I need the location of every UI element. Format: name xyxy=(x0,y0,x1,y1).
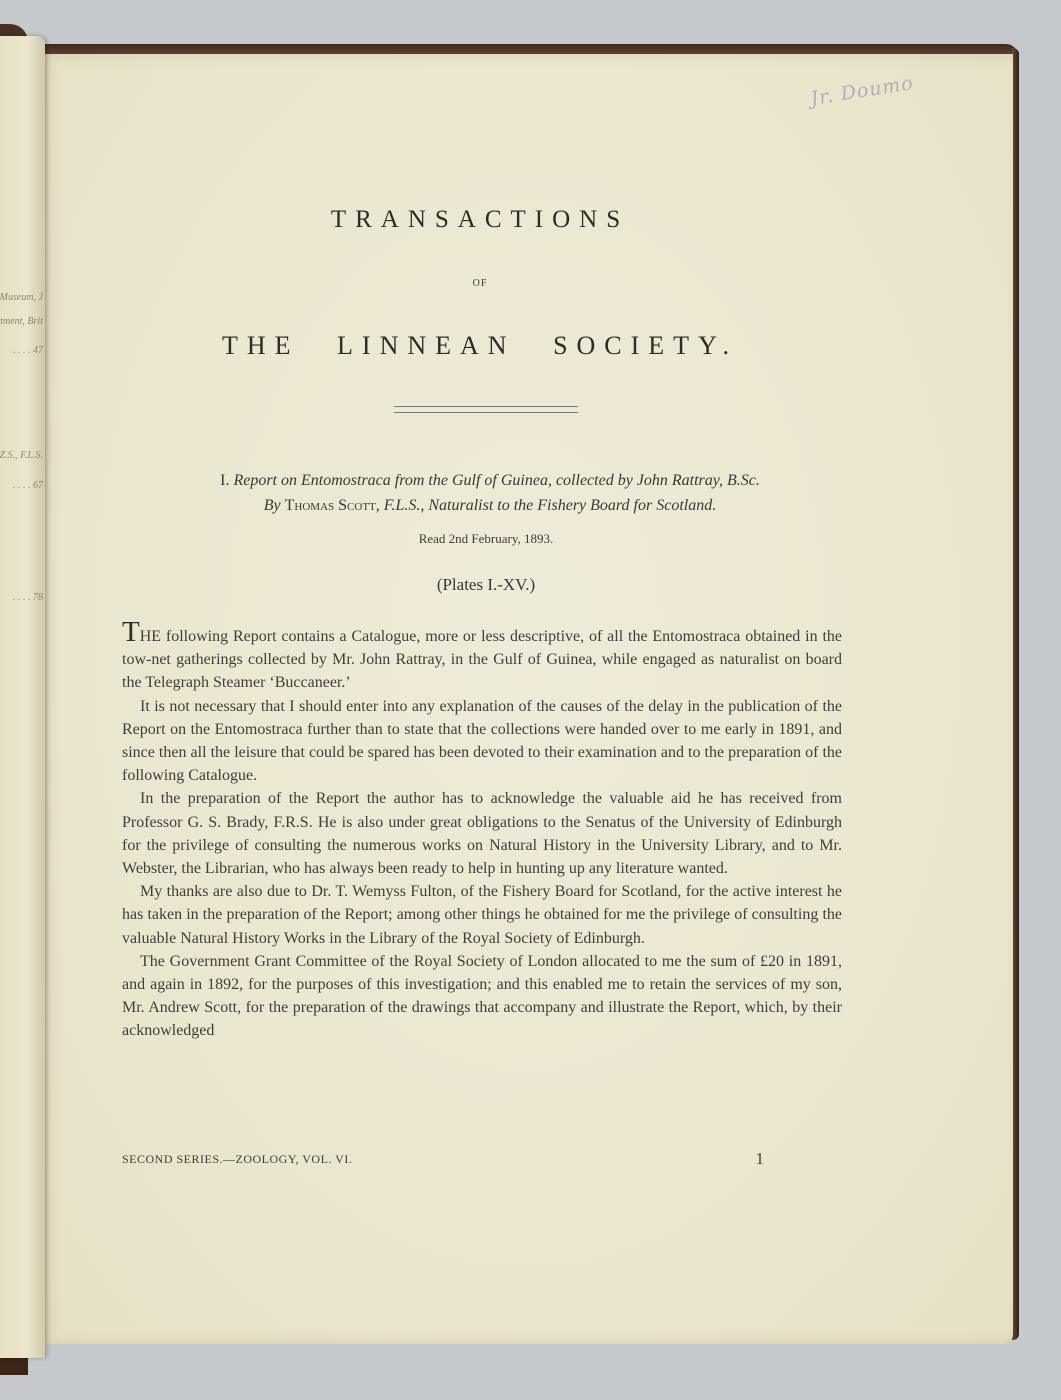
body-paragraph: The Government Grant Committee of the Ro… xyxy=(122,950,842,1043)
article-title: Report on Entomostraca from the Gulf of … xyxy=(233,472,759,489)
book-cover-edge-left-bottom xyxy=(0,1355,28,1375)
author-name: Thomas Scott xyxy=(285,497,376,514)
paragraph-text: following Report contains a Catalogue, m… xyxy=(122,628,842,691)
left-page-fragment: Museum, J xyxy=(0,292,43,303)
article-heading: I. Report on Entomostraca from the Gulf … xyxy=(120,468,860,518)
left-page-fragment: rtment, Brit xyxy=(0,316,43,327)
page-footer: SECOND SERIES.—ZOOLOGY, VOL. VI. 1 xyxy=(122,1152,842,1167)
page-number: 1 xyxy=(756,1149,765,1169)
journal-society-name: THE LINNEAN SOCIETY. xyxy=(0,331,950,361)
journal-title: TRANSACTIONS xyxy=(0,206,960,234)
drop-cap: T xyxy=(122,616,140,648)
left-facing-page: Museum, J rtment, Brit . . . . 47 Z.S., … xyxy=(0,36,45,1358)
title-divider xyxy=(394,406,578,413)
left-page-fragment: Z.S., F.L.S. xyxy=(0,450,43,461)
body-paragraph: THE following Report contains a Catalogu… xyxy=(122,622,842,695)
body-paragraph: My thanks are also due to Dr. T. Wemyss … xyxy=(122,880,842,950)
body-paragraph: In the preparation of the Report the aut… xyxy=(122,787,842,880)
author-credentials: , F.L.S., Naturalist to the Fishery Boar… xyxy=(376,497,716,514)
first-word-rest: HE xyxy=(140,628,161,645)
left-page-fragment: . . . . 67 xyxy=(13,480,43,491)
author-by: By xyxy=(264,497,281,514)
series-label: SECOND SERIES.—ZOOLOGY, VOL. VI. xyxy=(122,1152,352,1166)
read-date: Read 2nd February, 1893. xyxy=(0,531,972,547)
article-author-line: By Thomas Scott, F.L.S., Naturalist to t… xyxy=(120,493,860,518)
article-body: THE following Report contains a Catalogu… xyxy=(122,622,842,1043)
book-cover-edge-right xyxy=(1012,48,1019,1340)
article-title-line: I. Report on Entomostraca from the Gulf … xyxy=(120,468,860,493)
body-paragraph: It is not necessary that I should enter … xyxy=(122,695,842,788)
plates-reference: (Plates I.-XV.) xyxy=(0,575,972,595)
journal-title-of: OF xyxy=(0,278,960,289)
article-number: I. xyxy=(220,472,229,489)
